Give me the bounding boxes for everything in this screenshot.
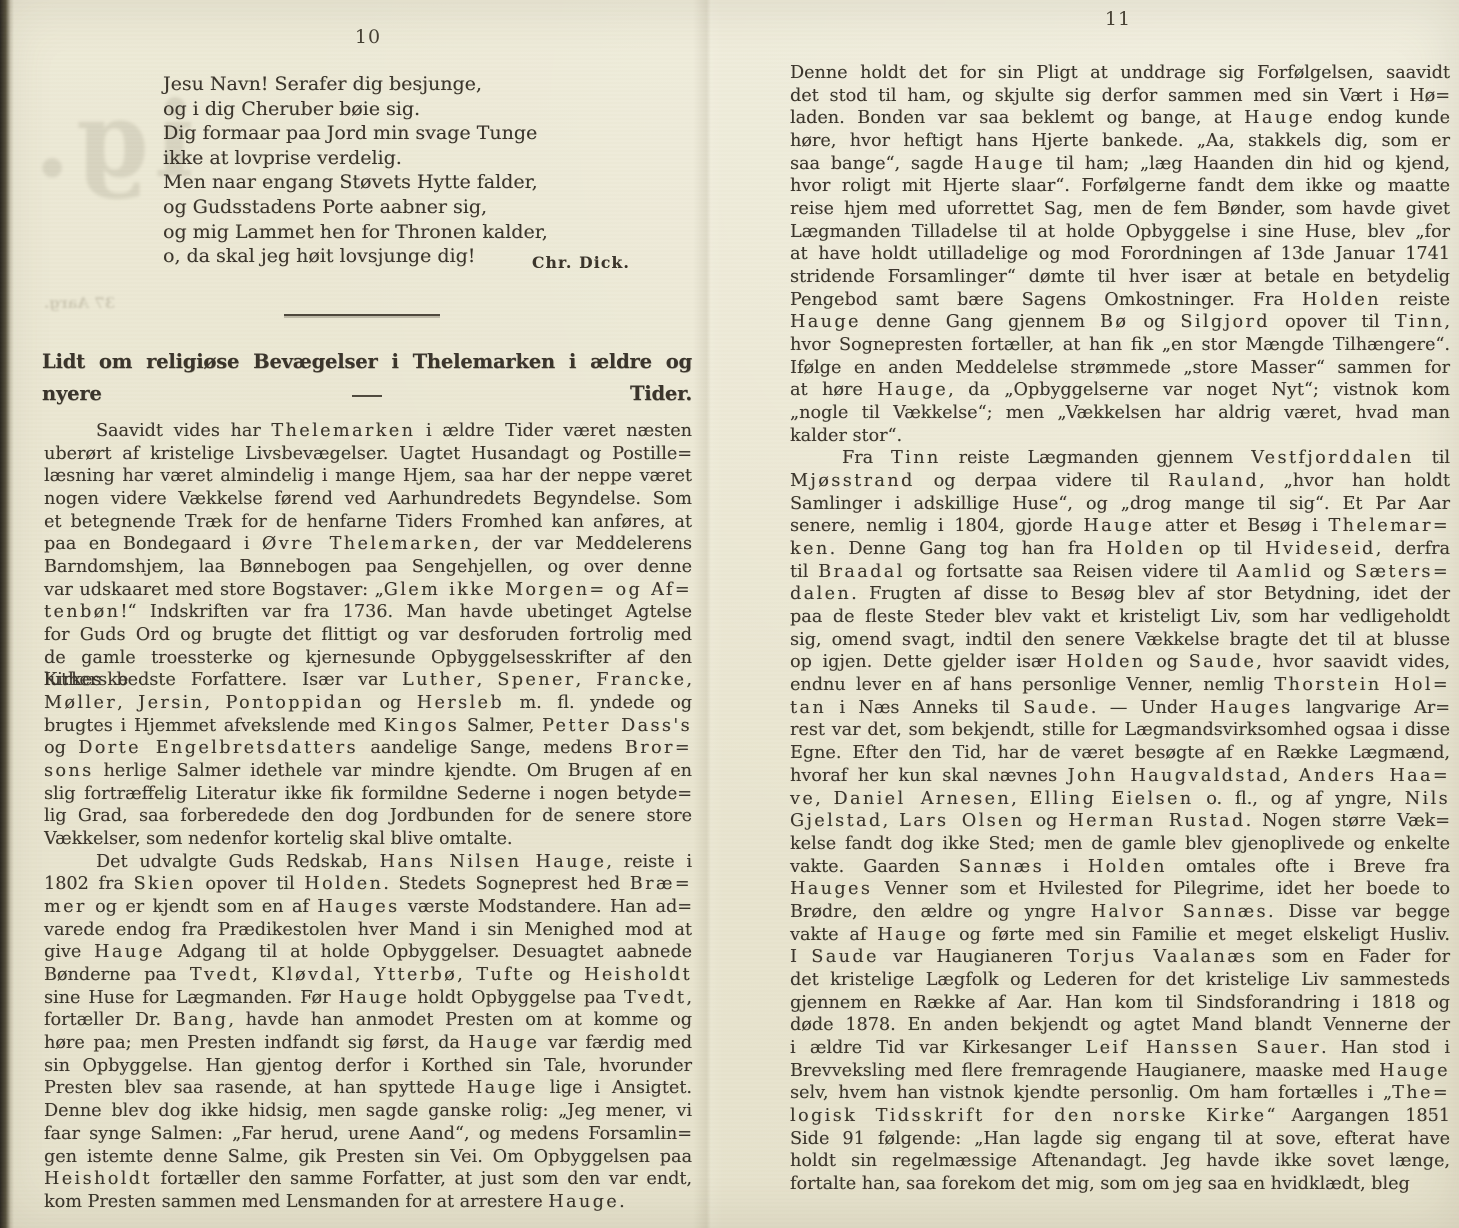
text-line: et betegnende Træk for de henfarne Tider…: [44, 511, 692, 534]
text-line: gen istemte denne Salme, gik Presten sin…: [44, 1146, 692, 1169]
text-line: „nogle til Vækkelse“; men „Vækkelsen har…: [790, 402, 1450, 425]
text-line: ken. Denne Gang tog han fra Holden op ti…: [790, 538, 1450, 561]
text-line: sin Opbyggelse. Han gjentog derfor i Kor…: [44, 1055, 692, 1078]
letterspaced-name: Hauge: [790, 312, 861, 332]
text-line: hvor Sognepresten fortæller, at han fik …: [790, 334, 1450, 357]
text-line: nogen videre Vækkelse førend ved Aarhund…: [44, 488, 692, 511]
letterspaced-name: Bø: [1100, 312, 1128, 332]
letterspaced-name: Hauge: [469, 1033, 540, 1053]
letterspaced-name: Hauge: [974, 154, 1045, 174]
letterspaced-name: Elling Eielsen: [1030, 789, 1194, 809]
letterspaced-name: mer: [44, 897, 87, 917]
text-line: selv, hvem han vistnok kjendte personlig…: [790, 1082, 1450, 1105]
text-line: Fra Tinn reiste Lægmanden gjennem Vestfj…: [790, 447, 1450, 470]
letterspaced-name: Hauges: [317, 897, 399, 917]
text-line: Vækkelser, som nedenfor kortelig skal bl…: [44, 828, 692, 851]
letterspaced-name: Rauland: [1168, 471, 1259, 491]
letterspaced-name: Hauge: [338, 988, 409, 1008]
letterspaced-name: Thelemarken: [271, 421, 415, 441]
text-line: ikke at lovprise verdelig.: [163, 146, 663, 171]
text-line: for Guds Ord og brugte det flittigt og v…: [44, 624, 692, 647]
text-line: Gjelstad, Lars Olsen og Herman Rustad. N…: [790, 810, 1450, 833]
letterspaced-name: Holden: [1088, 857, 1167, 877]
text-line: Mjøsstrand og derpaa videre til Rauland,…: [790, 470, 1450, 493]
text-line: sons herlige Salmer idethele var mindre …: [44, 760, 692, 783]
letterspaced-name: Holden: [1107, 539, 1186, 559]
text-line: uberørt af kristelige Livsbevægelser. Ua…: [44, 443, 692, 466]
text-line: døde 1878. En anden bekjendt og agtet Ma…: [790, 1014, 1450, 1037]
article-body-left: Saavidt vides har Thelemarken i ældre Ti…: [44, 420, 692, 1214]
text-line: fortæller Dr. Bang, havde han anmodet Pr…: [44, 1009, 692, 1032]
letterspaced-name: Hauge: [467, 1078, 538, 1098]
text-line: sig, omend svagt, indtil den senere Vækk…: [790, 629, 1450, 652]
letterspaced-name: Bang: [173, 1010, 229, 1030]
text-line: Hauge denne Gang gjennem Bø og Silgjord …: [790, 311, 1450, 334]
text-line: mer og er kjendt som en af Hauges værste…: [44, 896, 692, 919]
text-line: endnu lever en af hans personlige Venner…: [790, 674, 1450, 697]
text-line: dalen. Frugten af disse to Besøg blev af…: [790, 583, 1450, 606]
letterspaced-name: Tinn: [1395, 312, 1445, 332]
letterspaced-name: Saude: [1189, 652, 1257, 672]
letterspaced-name: Vestfjorddalen: [1251, 448, 1414, 468]
letterspaced-name: Francke: [596, 670, 686, 690]
text-line: høre, hvor heftigt hans Hjerte bankede. …: [790, 130, 1450, 153]
poem-signature: Chr. Dick.: [300, 253, 630, 272]
letterspaced-name: Hvideseid: [1265, 539, 1376, 559]
text-line: Side 91 følgende: „Han lagde sig engang …: [790, 1128, 1450, 1151]
paragraph: Saavidt vides har Thelemarken i ældre Ti…: [44, 420, 692, 851]
text-line: paa de fleste Steder blev vakt et kriste…: [790, 606, 1450, 629]
paragraph: Fra Tinn reiste Lægmanden gjennem Vestfj…: [790, 447, 1450, 1195]
letterspaced-name: logisk Tidsskrift for den norske Kirke: [790, 1106, 1266, 1126]
letterspaced-name: Nils: [1405, 789, 1450, 809]
paragraph: Denne holdt det for sin Pligt at unddrag…: [790, 62, 1450, 447]
letterspaced-name: Luther: [402, 670, 477, 690]
text-line: rest var det, som bekjendt, stille for L…: [790, 719, 1450, 742]
text-line: fortalte han, saa forekom det mig, som o…: [790, 1173, 1450, 1196]
text-line: Pengebod samt bære Sagens Omkostninger. …: [790, 289, 1450, 312]
text-line: I Saude var Haugianeren Torjus Vaalanæs …: [790, 946, 1450, 969]
text-line: paa en Bondegaard i Øvre Thelemarken, de…: [44, 533, 692, 556]
text-line: til Braadal og fortsatte saa Reisen vide…: [790, 561, 1450, 584]
text-line: Barndomshjem, laa Bønnebogen paa Sengehj…: [44, 556, 692, 579]
text-line: kelse fandt dog ikke Sted; men de gamle …: [790, 833, 1450, 856]
page-right: 11 Denne holdt det for sin Pligt at undd…: [705, 0, 1459, 1228]
letterspaced-name: Jersin: [138, 693, 204, 713]
text-line: senere, nemlig i 1804, gjorde Hauge atte…: [790, 515, 1450, 538]
text-line: Bønderne paa Tvedt, Kløvdal, Ytterbø, Tu…: [44, 964, 692, 987]
letterspaced-name: Anders Haa=: [1299, 766, 1450, 786]
letterspaced-name: Skien: [134, 874, 196, 894]
text-line: saa bange“, sagde Hauge til ham; „læg Ha…: [790, 153, 1450, 176]
text-line: Det udvalgte Guds Redskab, Hans Nilsen H…: [44, 851, 692, 874]
text-line: at have holdt utilladelige og mod Forord…: [790, 243, 1450, 266]
text-line: Møller, Jersin, Pontoppidan og Hersleb m…: [44, 692, 692, 715]
text-line: Denne holdt det for sin Pligt at unddrag…: [790, 62, 1450, 85]
letterspaced-name: Hauge: [877, 380, 948, 400]
letterspaced-name: Gjelstad: [790, 811, 883, 831]
letterspaced-name: Leif Hanssen Sauer: [1086, 1038, 1322, 1058]
text-line: Ifølge en anden Meddelelse strømmede „st…: [790, 357, 1450, 380]
letterspaced-name: Daniel Arnesen: [834, 789, 1012, 809]
page-number: 10: [338, 26, 398, 48]
letterspaced-name: Tvedt: [190, 965, 252, 985]
letterspaced-name: Torjus Vaalanæs: [1067, 947, 1258, 967]
article-title: Lidt om religiøse Bevægelser i Thelemark…: [42, 346, 692, 410]
text-line: Lægmanden Tilladelse til at holde Opbygg…: [790, 221, 1450, 244]
letterspaced-name: Sæters=: [1355, 562, 1450, 582]
text-line: tenbøn!“ Indskriften var fra 1736. Man h…: [44, 601, 692, 624]
letterspaced-name: ve: [790, 789, 815, 809]
text-line: varede endog fra Prædikestolen hver Mand…: [44, 919, 692, 942]
text-line: brugtes i Hjemmet afvekslende med Kingos…: [44, 715, 692, 738]
paragraph: Det udvalgte Guds Redskab, Hans Nilsen H…: [44, 851, 692, 1214]
letterspaced-name: Heisholdt: [44, 1169, 152, 1189]
letterspaced-name: Heisholdt: [584, 965, 692, 985]
letterspaced-name: Hauge: [877, 925, 948, 945]
text-line: Heisholdt fortæller den samme Forfatter,…: [44, 1168, 692, 1191]
letterspaced-name: Tinn: [891, 448, 941, 468]
text-line: og mig Lammet hen for Thronen kalder,: [163, 220, 663, 245]
text-line: Hauges Venner som et Hvilested for Pileg…: [790, 878, 1450, 901]
text-line: slig fortræffelig Literatur ikke fik for…: [44, 783, 692, 806]
letterspaced-name: Glem ikke Morgen= og Af=: [384, 580, 692, 600]
letterspaced-name: Hauges: [790, 879, 872, 899]
letterspaced-name: Spener: [497, 670, 575, 690]
text-line: give Hauge Adgang til at holde Opbyggels…: [44, 941, 692, 964]
text-line: gjennem en Række af Aar. Han kom til Sin…: [790, 992, 1450, 1015]
letterspaced-name: Ytterbø: [374, 965, 457, 985]
text-line: tan i Næs Anneks til Saude. — Under Haug…: [790, 697, 1450, 720]
text-line: var udskaaret med store Bogstaver: „Glem…: [44, 579, 692, 602]
text-line: logisk Tidsskrift for den norske Kirke“ …: [790, 1105, 1450, 1128]
show-through-volume-ghost: 37 Aarg.: [44, 294, 115, 312]
text-line: Brødre, den ældre og yngre Halvor Sannæs…: [790, 901, 1450, 924]
text-line: faar synge Salmen: „Far herud, urene Aan…: [44, 1123, 692, 1146]
letterspaced-name: Halvor Sannæs: [1091, 902, 1268, 922]
letterspaced-name: Øvre Thelemarken: [262, 534, 474, 554]
letterspaced-name: Mjøsstrand: [790, 471, 915, 491]
text-line: vakte. Gaarden Sannæs i Holden omtales o…: [790, 856, 1450, 879]
text-line: Brevveksling med flere fremragende Haugi…: [790, 1060, 1450, 1083]
letterspaced-name: Dorte Engelbretsdatters: [78, 738, 358, 758]
text-line: stridende Forsamlinger“ dømte til hver i…: [790, 266, 1450, 289]
text-line: kalder stor“.: [790, 425, 1450, 448]
text-line: hvoraf her kun skal nævnes John Haugvald…: [790, 765, 1450, 788]
letterspaced-name: Pontoppidan: [226, 693, 364, 713]
letterspaced-name: Hauges: [1210, 698, 1292, 718]
letterspaced-name: ken: [790, 539, 830, 559]
page-left: ig. 37 Aarg. 10 Jesu Navn! Serafer dig b…: [0, 0, 705, 1228]
text-line: lig Grad, saa forberedede den dog Jordbu…: [44, 805, 692, 828]
letterspaced-name: Thelemar=: [1329, 516, 1450, 536]
letterspaced-name: Hauge: [1244, 108, 1315, 128]
letterspaced-name: sons: [44, 761, 94, 781]
letterspaced-name: tan: [790, 698, 826, 718]
letterspaced-name: Hauge: [548, 1192, 619, 1212]
text-line: holdt sin regelmæssige Aftenandagt. Jeg …: [790, 1150, 1450, 1173]
letterspaced-name: The=: [1392, 1083, 1450, 1103]
text-line: læsning har været almindelig i mange Hje…: [44, 465, 692, 488]
letterspaced-name: John Haugvaldstad: [1068, 766, 1283, 786]
letterspaced-name: tenbøn: [44, 602, 120, 622]
text-line: det stod til ham, og skjulte sig derfor …: [790, 85, 1450, 108]
text-line: ve, Daniel Arnesen, Elling Eielsen o. fl…: [790, 788, 1450, 811]
letterspaced-name: Aamlid: [1237, 562, 1314, 582]
text-line: de gamle troessterke og kjernesunde Opby…: [44, 647, 692, 670]
letterspaced-name: Thorstein Hol=: [1274, 675, 1450, 695]
text-line: Egne. Efter den Tid, har de været besøgt…: [790, 742, 1450, 765]
letterspaced-name: Hauge: [1083, 516, 1154, 536]
text-line: Samlinger i adskillige Huse“, og „drog m…: [790, 493, 1450, 516]
text-line: Jesu Navn! Serafer dig besjunge,: [163, 72, 663, 97]
letterspaced-name: Holden: [1067, 652, 1146, 672]
article-body-right: Denne holdt det for sin Pligt at unddrag…: [790, 62, 1450, 1196]
page-number: 11: [1088, 8, 1148, 30]
letterspaced-name: dalen: [790, 584, 851, 604]
letterspaced-name: Sannæs: [959, 857, 1044, 877]
text-line: 1802 fra Skien opover til Holden. Stedet…: [44, 873, 692, 896]
text-line: hvor roligt mit Hjerte slaar“. Forfølger…: [790, 175, 1450, 198]
letterspaced-name: Tvedt: [624, 988, 686, 1008]
letterspaced-name: Saude: [1023, 698, 1091, 718]
title-underline-rule: [352, 395, 382, 397]
text-line: op igjen. Dette gjelder især Holden og S…: [790, 651, 1450, 674]
letterspaced-name: Petter Dass's: [542, 716, 692, 736]
letterspaced-name: Hauge: [1379, 1061, 1450, 1081]
text-line: laden. Bonden var saa beklemt og bange, …: [790, 107, 1450, 130]
letterspaced-name: Saude: [811, 947, 879, 967]
section-divider-rule: [284, 314, 440, 316]
text-line: Presten blev saa rasende, at han spytted…: [44, 1077, 692, 1100]
text-line: Saavidt vides har Thelemarken i ældre Ti…: [44, 420, 692, 443]
poem: Jesu Navn! Serafer dig besjunge,og i dig…: [163, 72, 663, 269]
text-line: sine Huse for Lægmanden. Før Hauge holdt…: [44, 987, 692, 1010]
letterspaced-name: Bræ=: [630, 874, 692, 894]
letterspaced-name: Holden: [304, 874, 383, 894]
text-line: det kristelige Lægfolk og Lederen for de…: [790, 969, 1450, 992]
letterspaced-name: Kingos: [384, 716, 459, 736]
text-line: Denne blev dog ikke hidsig, men sagde ga…: [44, 1100, 692, 1123]
letterspaced-name: Hauge: [94, 942, 165, 962]
text-line: Kirkes bedste Forfattere. Især var Luthe…: [44, 669, 692, 692]
text-line: reise hjem med uforrettet Sag, men de fe…: [790, 198, 1450, 221]
text-line: og Gudsstadens Porte aabner sig,: [163, 195, 663, 220]
letterspaced-name: Tufte: [476, 965, 535, 985]
text-line: og Dorte Engelbretsdatters aandelige San…: [44, 737, 692, 760]
text-line: Men naar engang Støvets Hytte falder,: [163, 170, 663, 195]
letterspaced-name: Møller: [44, 693, 117, 713]
text-line: at høre Hauge, da „Opbyggelserne var nog…: [790, 379, 1450, 402]
letterspaced-name: Herman Rustad: [1068, 811, 1245, 831]
text-line: og i dig Cheruber bøie sig.: [163, 97, 663, 122]
text-line: i ældre Tid var Kirkesanger Leif Hanssen…: [790, 1037, 1450, 1060]
text-line: kom Presten sammen med Lensmanden for at…: [44, 1191, 692, 1214]
text-line: høre paa; men Presten indfandt sig først…: [44, 1032, 692, 1055]
letterspaced-name: Braadal: [818, 562, 905, 582]
text-line: Dig formaar paa Jord min svage Tunge: [163, 121, 663, 146]
letterspaced-name: Lars Olsen: [899, 811, 1024, 831]
letterspaced-name: Bror=: [625, 738, 692, 758]
letterspaced-name: Kløvdal: [271, 965, 354, 985]
letterspaced-name: Silgjord: [1180, 312, 1270, 332]
letterspaced-name: Hans Nilsen Hauge: [380, 852, 607, 872]
text-line: vakte af Hauge og førte med sin Familie …: [790, 924, 1450, 947]
scanned-book-spread: ig. 37 Aarg. 10 Jesu Navn! Serafer dig b…: [0, 0, 1459, 1228]
letterspaced-name: Hersleb: [417, 693, 504, 713]
letterspaced-name: Holden: [1302, 290, 1381, 310]
